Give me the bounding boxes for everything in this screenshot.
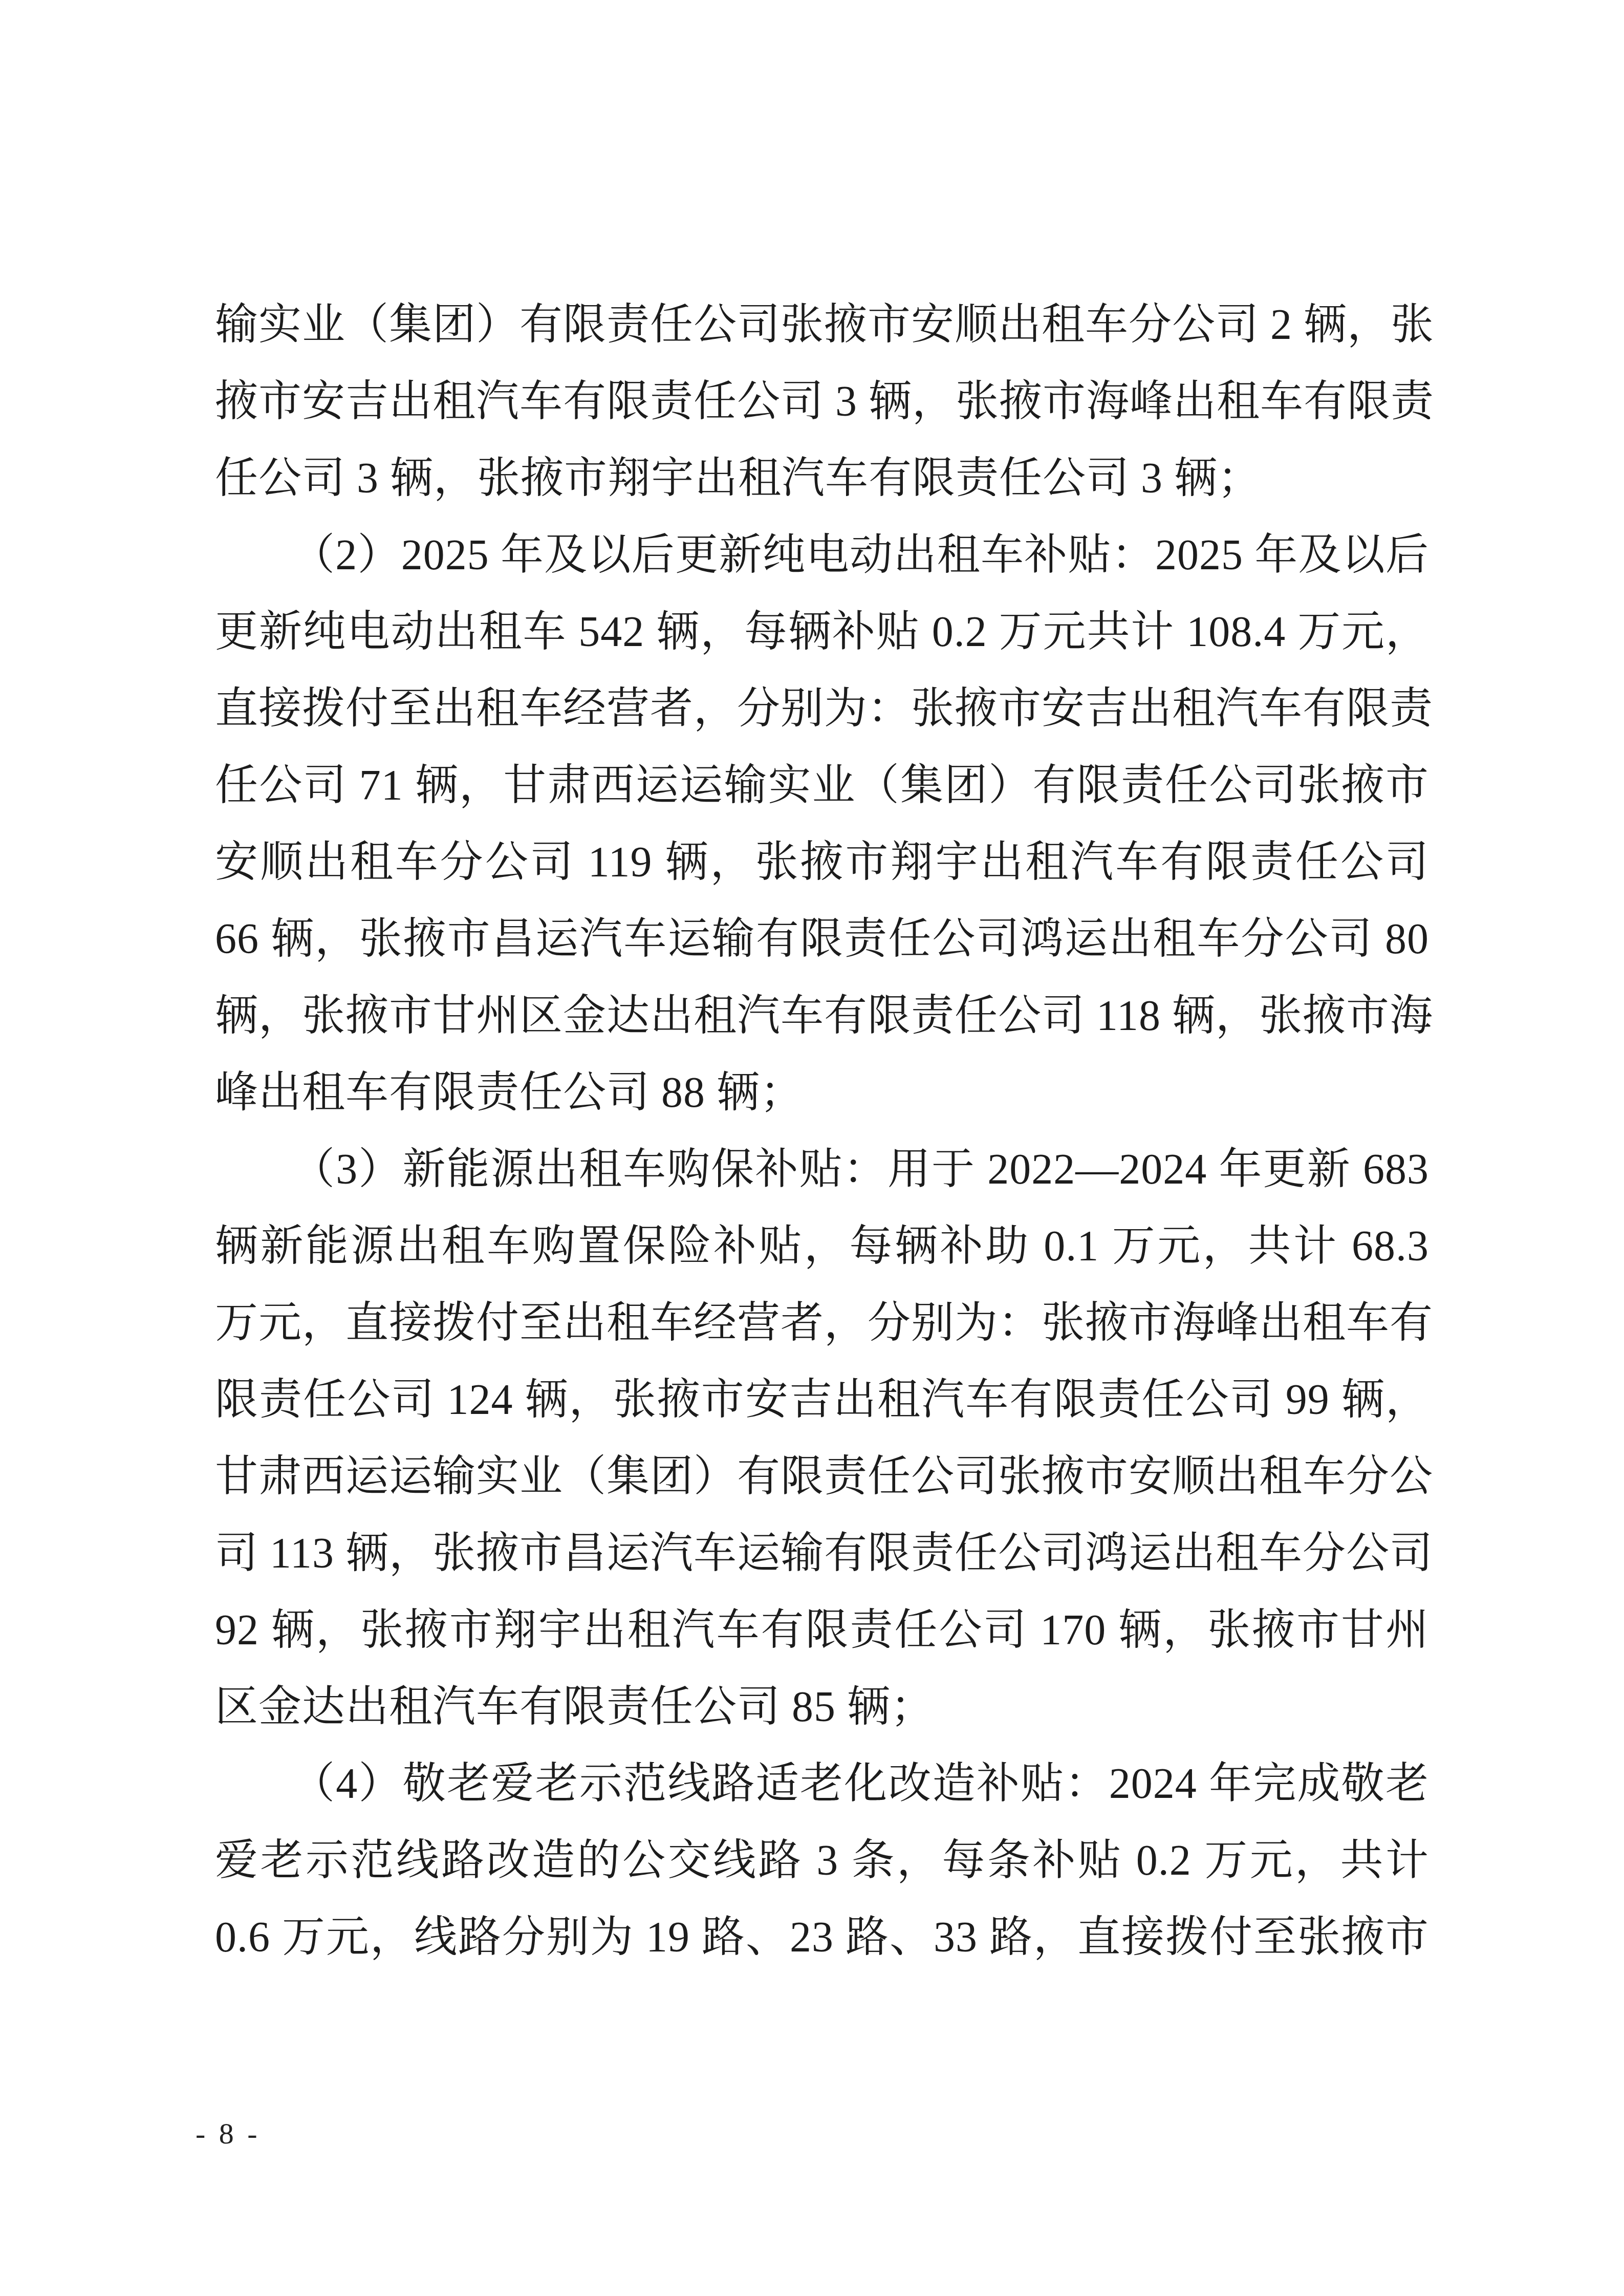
document-page: 输实业（集团）有限责任公司张掖市安顺出租车分公司 2 辆，张 掖市安吉出租汽车有… [0,0,1624,2296]
text-line: 安顺出租车分公司 119 辆，张掖市翔宇出租汽车有限责任公司 [215,824,1429,901]
text-line: 92 辆，张掖市翔宇出租汽车有限责任公司 170 辆，张掖市甘州 [215,1592,1429,1669]
text-line: 辆，张掖市甘州区金达出租汽车有限责任公司 118 辆，张掖市海 [215,978,1429,1055]
text-line-paragraph-3-start: （3）新能源出租车购保补贴：用于 2022—2024 年更新 683 [215,1131,1429,1208]
text-line: 任公司 3 辆，张掖市翔宇出租汽车有限责任公司 3 辆； [215,440,1429,517]
text-line: 甘肃西运运输实业（集团）有限责任公司张掖市安顺出租车分公 [215,1439,1429,1515]
text-line: 峰出租车有限责任公司 88 辆； [215,1055,1429,1131]
text-line: 0.6 万元，线路分别为 19 路、23 路、33 路，直接拨付至张掖市 [215,1899,1429,1976]
text-line: 直接拨付至出租车经营者，分别为：张掖市安吉出租汽车有限责 [215,671,1429,747]
text-line: 掖市安吉出租汽车有限责任公司 3 辆，张掖市海峰出租车有限责 [215,363,1429,440]
text-line: 限责任公司 124 辆，张掖市安吉出租汽车有限责任公司 99 辆， [215,1362,1429,1439]
page-number: - 8 - [196,2113,261,2154]
text-line: 爱老示范线路改造的公交线路 3 条，每条补贴 0.2 万元，共计 [215,1822,1429,1899]
text-line: 66 辆，张掖市昌运汽车运输有限责任公司鸿运出租车分公司 80 [215,901,1429,978]
text-line-paragraph-4-start: （4）敬老爱老示范线路适老化改造补贴：2024 年完成敬老 [215,1746,1429,1822]
document-body-text: 输实业（集团）有限责任公司张掖市安顺出租车分公司 2 辆，张 掖市安吉出租汽车有… [215,287,1429,1976]
text-line: 输实业（集团）有限责任公司张掖市安顺出租车分公司 2 辆，张 [215,287,1429,363]
text-line: 辆新能源出租车购置保险补贴，每辆补助 0.1 万元，共计 68.3 [215,1208,1429,1285]
text-line: 任公司 71 辆，甘肃西运运输实业（集团）有限责任公司张掖市 [215,747,1429,824]
text-line: 区金达出租汽车有限责任公司 85 辆； [215,1669,1429,1746]
text-line: 更新纯电动出租车 542 辆，每辆补贴 0.2 万元共计 108.4 万元， [215,594,1429,671]
text-line: 司 113 辆，张掖市昌运汽车运输有限责任公司鸿运出租车分公司 [215,1515,1429,1592]
text-line: 万元，直接拨付至出租车经营者，分别为：张掖市海峰出租车有 [215,1285,1429,1362]
text-line-paragraph-2-start: （2）2025 年及以后更新纯电动出租车补贴：2025 年及以后 [215,517,1429,594]
